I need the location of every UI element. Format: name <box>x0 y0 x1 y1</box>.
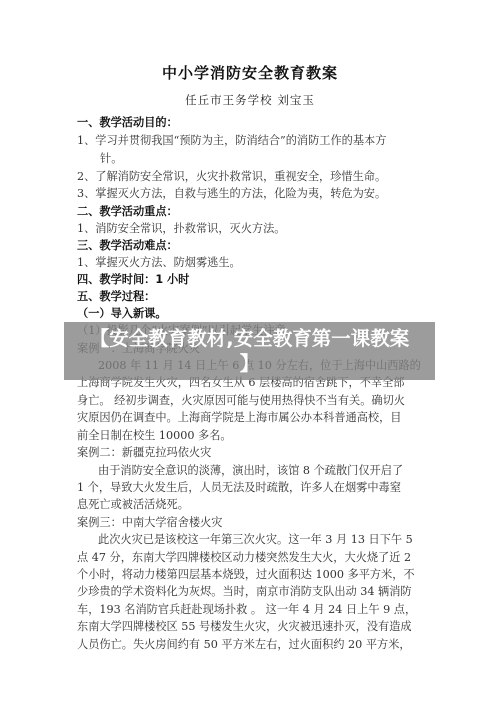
text-line: 前全日制在校生 10000 多名。 <box>77 427 232 443</box>
text-line: 1 个，导致大火发生后，人员无法及时疏散，许多人在烟雾中毒窒 <box>77 479 401 495</box>
text-line: 1、消防安全常识，扑救常识，灭火方法。 <box>77 220 286 236</box>
text-line: 息死亡或被活活烧死。 <box>77 496 189 512</box>
text-line: 身亡。 经初步调查，火灾原因可能与使用热得快不当有关。确切火 <box>77 392 405 408</box>
document-author: 任丘市王务学校 刘宝玉 <box>0 92 500 108</box>
banner-title-line1: 【安全教育教材,安全教育第一课教案 <box>64 326 435 351</box>
section-heading: 四、教学时间：1 小时 <box>77 271 189 287</box>
text-line: 个小时，将动力楼第四层基本烧毁，过火面积达 1000 多平方米，不 <box>77 566 415 582</box>
text-line: 针。 <box>100 150 122 166</box>
subsection-heading: （一）导入新课。 <box>77 305 167 321</box>
section-heading: 二、教学活动重点： <box>77 203 178 219</box>
banner-title: 【安全教育教材,安全教育第一课教案 】 <box>64 326 435 376</box>
text-line: 车，193 名消防官兵赶赴现场扑救 。 这一年 4 月 24 日上午 9 点， <box>77 601 416 617</box>
text-line: 人员伤亡。失火房间约有 50 平方米左右，过火面积约 20 平方米， <box>77 636 411 652</box>
text-line: 2、了解消防安全常识，火灾扑救常识，重视安全，珍惜生命。 <box>77 168 386 184</box>
text-line: 1、学习并贯彻我国“预防为主，防消结合”的消防工作的基本方 <box>77 132 386 148</box>
case-heading: 案例三：中南大学宿舍楼火灾 <box>77 514 222 530</box>
text-line: 东南大学四牌楼校区 55 号楼发生火灾，火灾被迅速扑灭，没有造成 <box>77 618 412 634</box>
text-line: 灾原因仍在调查中。上海商学院是上海市属公办本科普通高校，目 <box>77 409 401 425</box>
banner-title-line2: 】 <box>64 351 435 376</box>
text-line: 3、掌握灭火方法，自救与逃生的方法，化险为夷，转危为安。 <box>77 185 386 201</box>
section-heading: 五、教学过程： <box>77 288 155 304</box>
text-line: 1、掌握灭火方法、防烟雾逃生。 <box>77 254 241 270</box>
text-line: 由于消防安全意识的淡薄，演出时，该馆 8 个疏散门仅开启了 <box>98 462 403 478</box>
text-line: 少珍贵的学术资料化为灰烬。当时，南京市消防支队出动 34 辆消防 <box>77 583 412 599</box>
text-line: 点 47 分，东南大学四牌楼校区动力楼突然发生大火，大火烧了近 2 <box>77 549 411 565</box>
case-heading: 案例二：新疆克拉玛依火灾 <box>77 444 211 460</box>
document-title: 中小学消防安全教育教案 <box>0 62 500 83</box>
text-line: 此次火灾已是该校这一年第三次火灾。这一年 3 月 13 日下午 5 <box>98 531 413 547</box>
section-heading: 一、教学活动目的： <box>77 114 178 130</box>
section-heading: 三、教学活动难点： <box>77 237 178 253</box>
